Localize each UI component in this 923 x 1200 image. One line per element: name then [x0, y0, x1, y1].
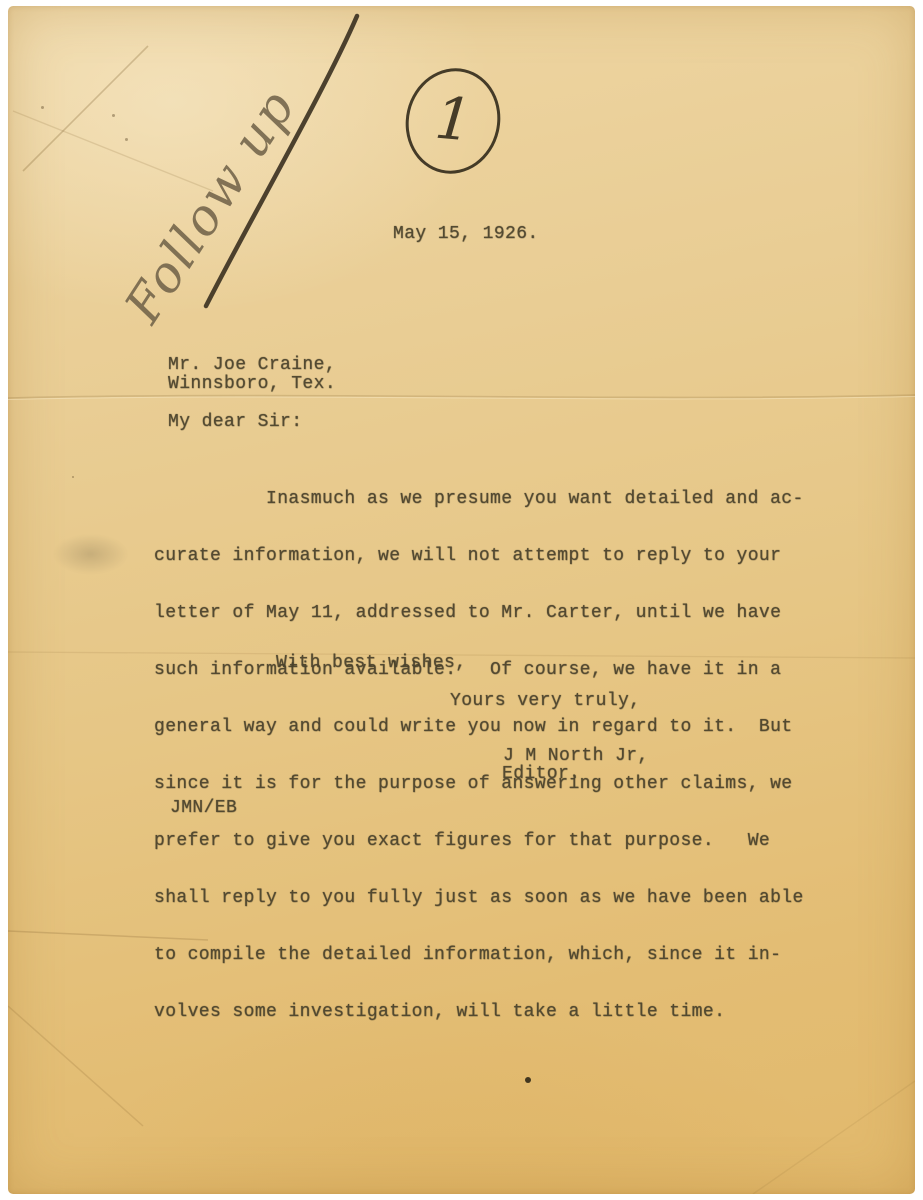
page-number: 1: [432, 84, 475, 155]
body-line: Inasmuch as we presume you want detailed…: [266, 490, 804, 509]
body-line: shall reply to you fully just as soon as…: [154, 889, 804, 908]
letter-date: May 15, 1926.: [393, 225, 539, 244]
reference-initials: JMN/EB: [170, 799, 237, 818]
body-line: prefer to give you exact figures for tha…: [154, 832, 804, 851]
body-line: curate information, we will not attempt …: [154, 547, 804, 566]
paper-smudge: [53, 534, 128, 574]
handwritten-follow-up-note: Follow up: [114, 79, 307, 333]
recipient-name: Mr. Joe Craine,: [168, 356, 336, 375]
pre-closing: With best wishes,: [276, 654, 466, 673]
page-number-circle: 1: [395, 59, 510, 183]
body-line: such information available. Of course, w…: [154, 661, 804, 680]
body-line: general way and could write you now in r…: [154, 718, 804, 737]
signature-title: Editor.: [502, 765, 580, 784]
body-line: letter of May 11, addressed to Mr. Carte…: [154, 604, 804, 623]
complimentary-close: Yours very truly,: [450, 692, 640, 711]
ink-spot: [525, 1077, 531, 1083]
recipient-address: Winnsboro, Tex.: [168, 375, 336, 394]
paper-speck: [125, 138, 128, 141]
salutation: My dear Sir:: [168, 413, 302, 432]
body-line: to compile the detailed information, whi…: [154, 946, 804, 965]
letter-body: Inasmuch as we presume you want detailed…: [154, 452, 804, 1060]
body-line: since it is for the purpose of answering…: [154, 775, 804, 794]
body-line: volves some investigation, will take a l…: [154, 1003, 804, 1022]
paper-speck: [112, 114, 115, 117]
paper-speck: [72, 476, 74, 478]
letter-paper: Follow up 1 May 15, 1926. Mr. Joe Craine…: [8, 6, 915, 1194]
scan-background: Follow up 1 May 15, 1926. Mr. Joe Craine…: [0, 0, 923, 1200]
paper-speck: [41, 106, 44, 109]
